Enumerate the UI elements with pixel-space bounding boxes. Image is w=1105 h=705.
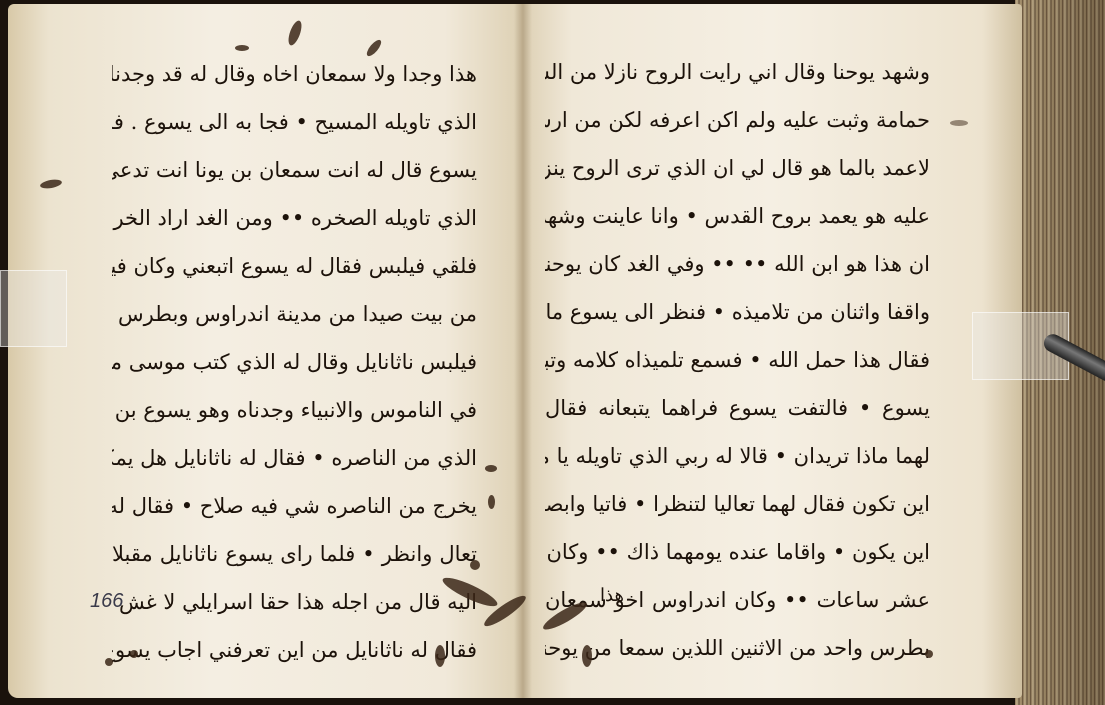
text-line: فيلبس ناثانايل وقال له الذي كتب موسى من … xyxy=(112,338,477,386)
text-line: فقال هذا حمل الله • فسمع تلميذاه كلامه و… xyxy=(545,336,930,384)
text-line: اليه قال من اجله هذا حقا اسرايلي لا غش ف… xyxy=(112,578,477,626)
text-line: لاعمد بالما هو قال لي ان الذي ترى الروح … xyxy=(545,144,930,192)
text-line: واقفا واثنان من تلاميذه • فنظر الى يسوع … xyxy=(545,288,930,336)
text-line: فلقي فيلبس فقال له يسوع اتبعني وكان فيلب… xyxy=(112,242,477,290)
worm-hole xyxy=(130,650,138,658)
text-line: عليه هو يعمد بروح القدس • وانا عاينت وشه… xyxy=(545,192,930,240)
worm-hole xyxy=(488,495,495,509)
text-line: الذي من الناصره • فقال له ناثانايل هل يم… xyxy=(112,434,477,482)
text-line: لهما ماذا تريدان • قالا له ربي الذي تاوي… xyxy=(545,432,930,480)
worm-hole xyxy=(485,465,497,472)
worm-hole xyxy=(582,645,592,667)
worm-hole xyxy=(470,560,480,570)
text-line: ان هذا هو ابن الله •• •• وفي الغد كان يو… xyxy=(545,240,930,288)
text-line: في الناموس والانبياء وجدناه وهو يسوع بن … xyxy=(112,386,477,434)
folio-number: 166 xyxy=(90,590,123,613)
text-line: من بيت صيدا من مدينة اندراوس وبطرس • فوج… xyxy=(112,290,477,338)
worm-hole xyxy=(235,45,249,51)
worm-hole xyxy=(105,658,113,666)
text-line: الذي تاويله المسيح • فجا به الى يسوع . ف… xyxy=(112,98,477,146)
text-line: يخرج من الناصره شي فيه صلاح • فقال له في… xyxy=(112,482,477,530)
text-line: بطرس واحد من الاثنين اللذين سمعا من يوحن… xyxy=(545,624,930,672)
text-line: فقال له ناثانايل من اين تعرفني اجاب يسوع… xyxy=(112,626,477,674)
text-line: وشهد يوحنا وقال اني رايت الروح نازلا من … xyxy=(545,48,930,96)
text-line: هذا وجدا ولا سمعان اخاه وقال له قد وجدنا… xyxy=(112,50,477,98)
catchword: هذا xyxy=(600,585,624,606)
text-line: الذي تاويله الصخره •• ومن الغد اراد الخر… xyxy=(112,194,477,242)
text-line: يسوع قال له انت سمعان بن يونا انت تدعي ك… xyxy=(112,146,477,194)
worm-hole xyxy=(925,650,933,658)
text-line: اين تكون فقال لهما تعاليا لتنظرا • فاتيا… xyxy=(545,480,930,528)
left-page-text: هذا وجدا ولا سمعان اخاه وقال له قد وجدنا… xyxy=(112,50,477,674)
worm-hole xyxy=(950,120,968,126)
right-page-text: وشهد يوحنا وقال اني رايت الروح نازلا من … xyxy=(545,48,930,672)
gutter xyxy=(514,4,532,698)
worm-hole xyxy=(435,645,445,667)
text-line: اين يكون • واقاما عنده يومهما ذاك •• وكا… xyxy=(545,528,930,576)
open-manuscript: هذا وجدا ولا سمعان اخاه وقال له قد وجدنا… xyxy=(0,0,1105,705)
text-line: تعال وانظر • فلما راى يسوع ناثانايل مقبل… xyxy=(112,530,477,578)
text-line: حمامة وثبت عليه ولم اكن اعرفه لكن من ارس… xyxy=(545,96,930,144)
acrylic-clip-left xyxy=(0,270,67,347)
text-line: يسوع • فالتفت يسوع فراهما يتبعانه فقال xyxy=(545,384,930,432)
